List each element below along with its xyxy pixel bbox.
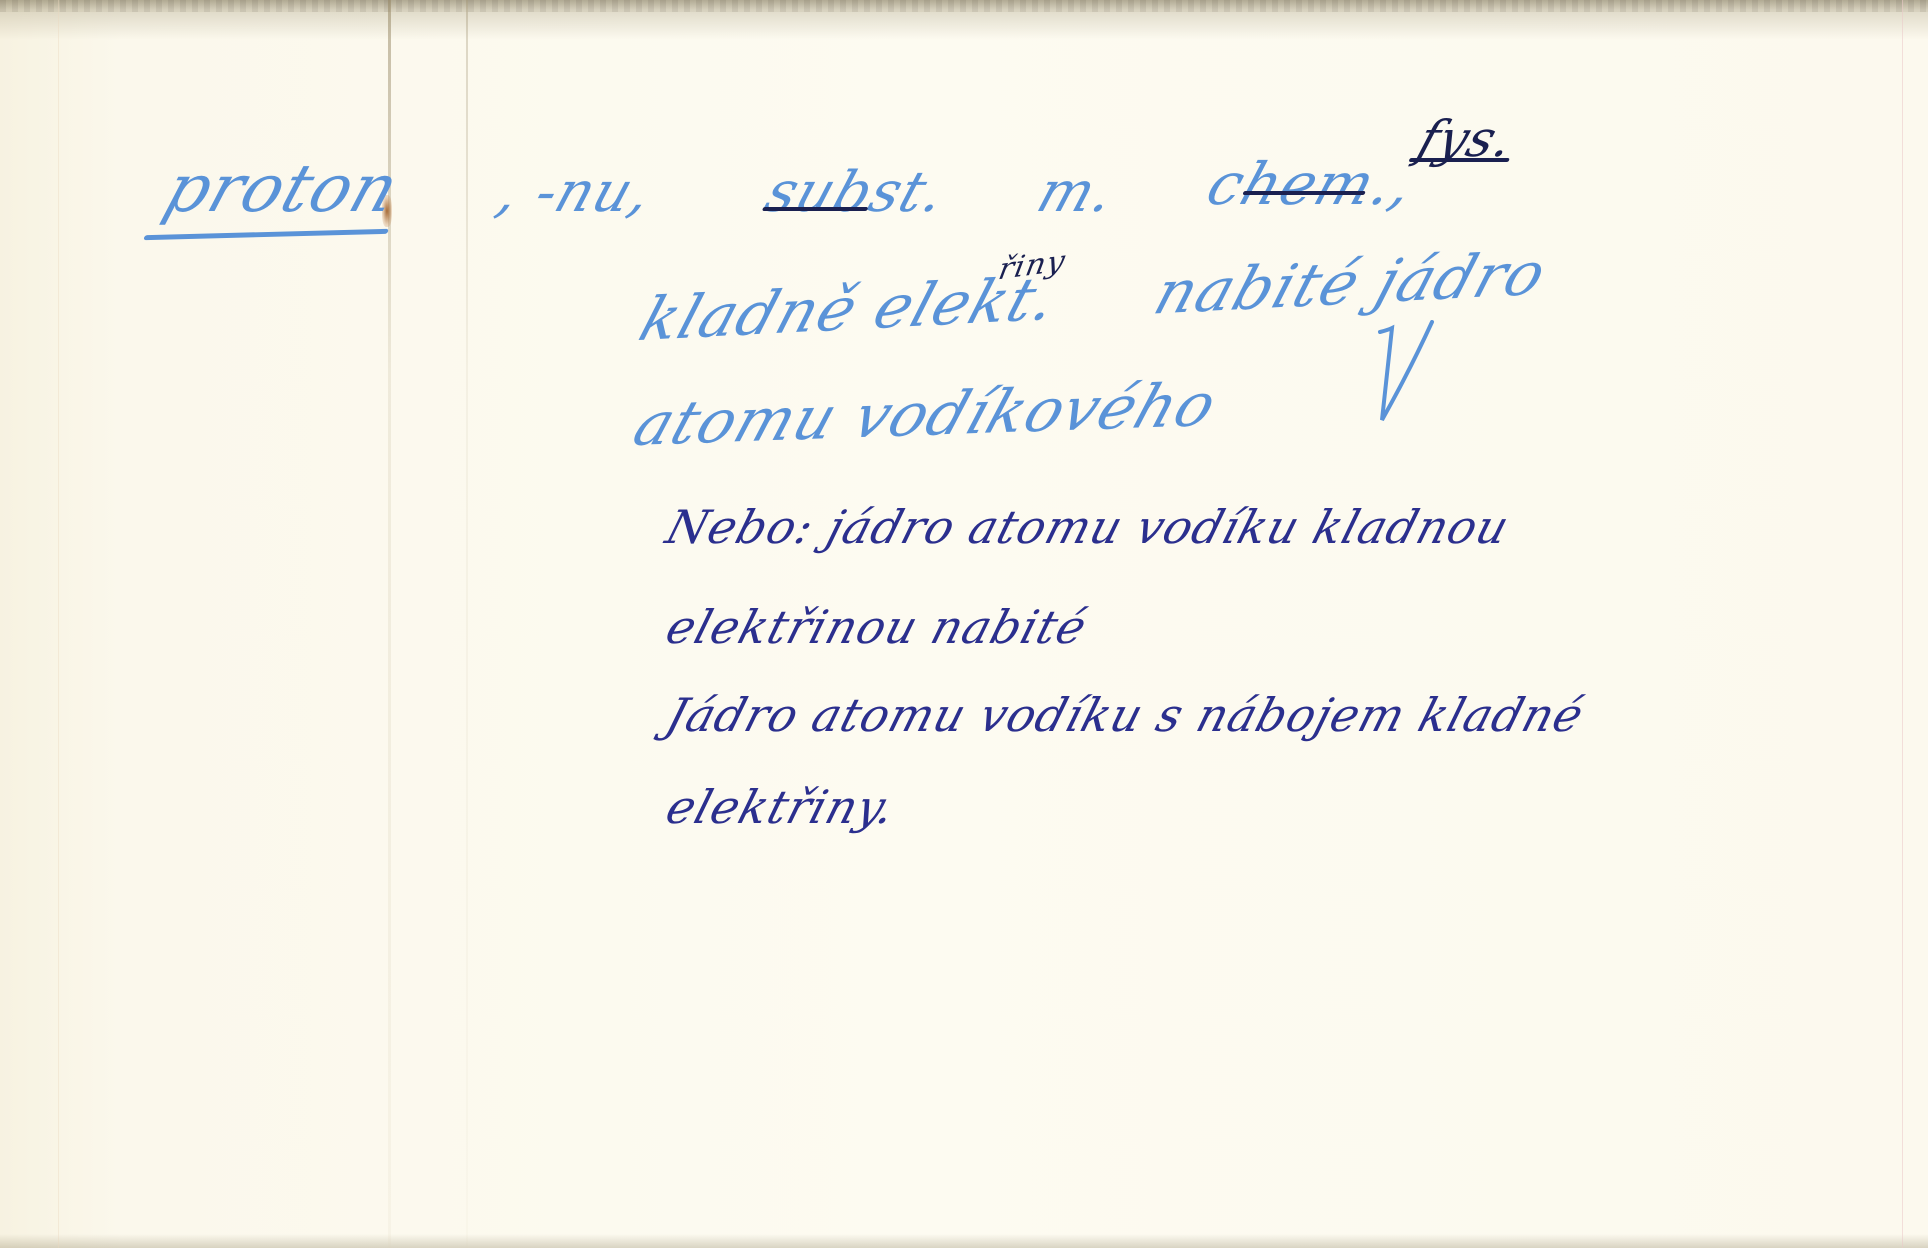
card-crease (466, 0, 468, 1248)
gender-abbr: m. (1029, 160, 1123, 225)
strikethrough-line (1243, 191, 1366, 195)
definition-text: jádro atomu vodíku kladnou (821, 500, 1516, 554)
margin-line (58, 0, 59, 1248)
definition-primary-line2: atomu vodíkového (625, 370, 1226, 460)
headword: proton (155, 150, 408, 227)
definition-third-line2: elektřiny. (660, 780, 902, 834)
definition-alt-line2: elektřinou nabité (660, 600, 1093, 654)
definition-alt-label: Nebo: (660, 500, 821, 554)
headword-underline (143, 229, 389, 240)
field-abbr-added: fys. (1411, 110, 1522, 168)
field-abbr-underline (1409, 158, 1511, 162)
checkmark-icon (1370, 320, 1440, 430)
field-abbr-struck-text: chem., (1199, 150, 1423, 218)
field-abbr-struck: chem., (1199, 150, 1423, 218)
headword-text: proton (155, 150, 408, 227)
part-of-speech-text: subst. (757, 160, 954, 225)
definition-text: nabité jádro (1146, 239, 1555, 329)
part-of-speech-abbr: subst. (757, 160, 954, 225)
scan-top-edge (0, 0, 1928, 12)
underline-mark (762, 207, 869, 211)
index-card: proton , -nu, subst. m. chem., fys. klad… (0, 0, 1928, 1248)
definition-alt-line1: Nebo: jádro atomu vodíku kladnou (660, 500, 1516, 554)
margin-line (1902, 0, 1903, 1248)
genitive-ending: , -nu, (489, 160, 661, 225)
definition-third-line1: Jádro atomu vodíku s nábojem kladné (660, 688, 1590, 742)
